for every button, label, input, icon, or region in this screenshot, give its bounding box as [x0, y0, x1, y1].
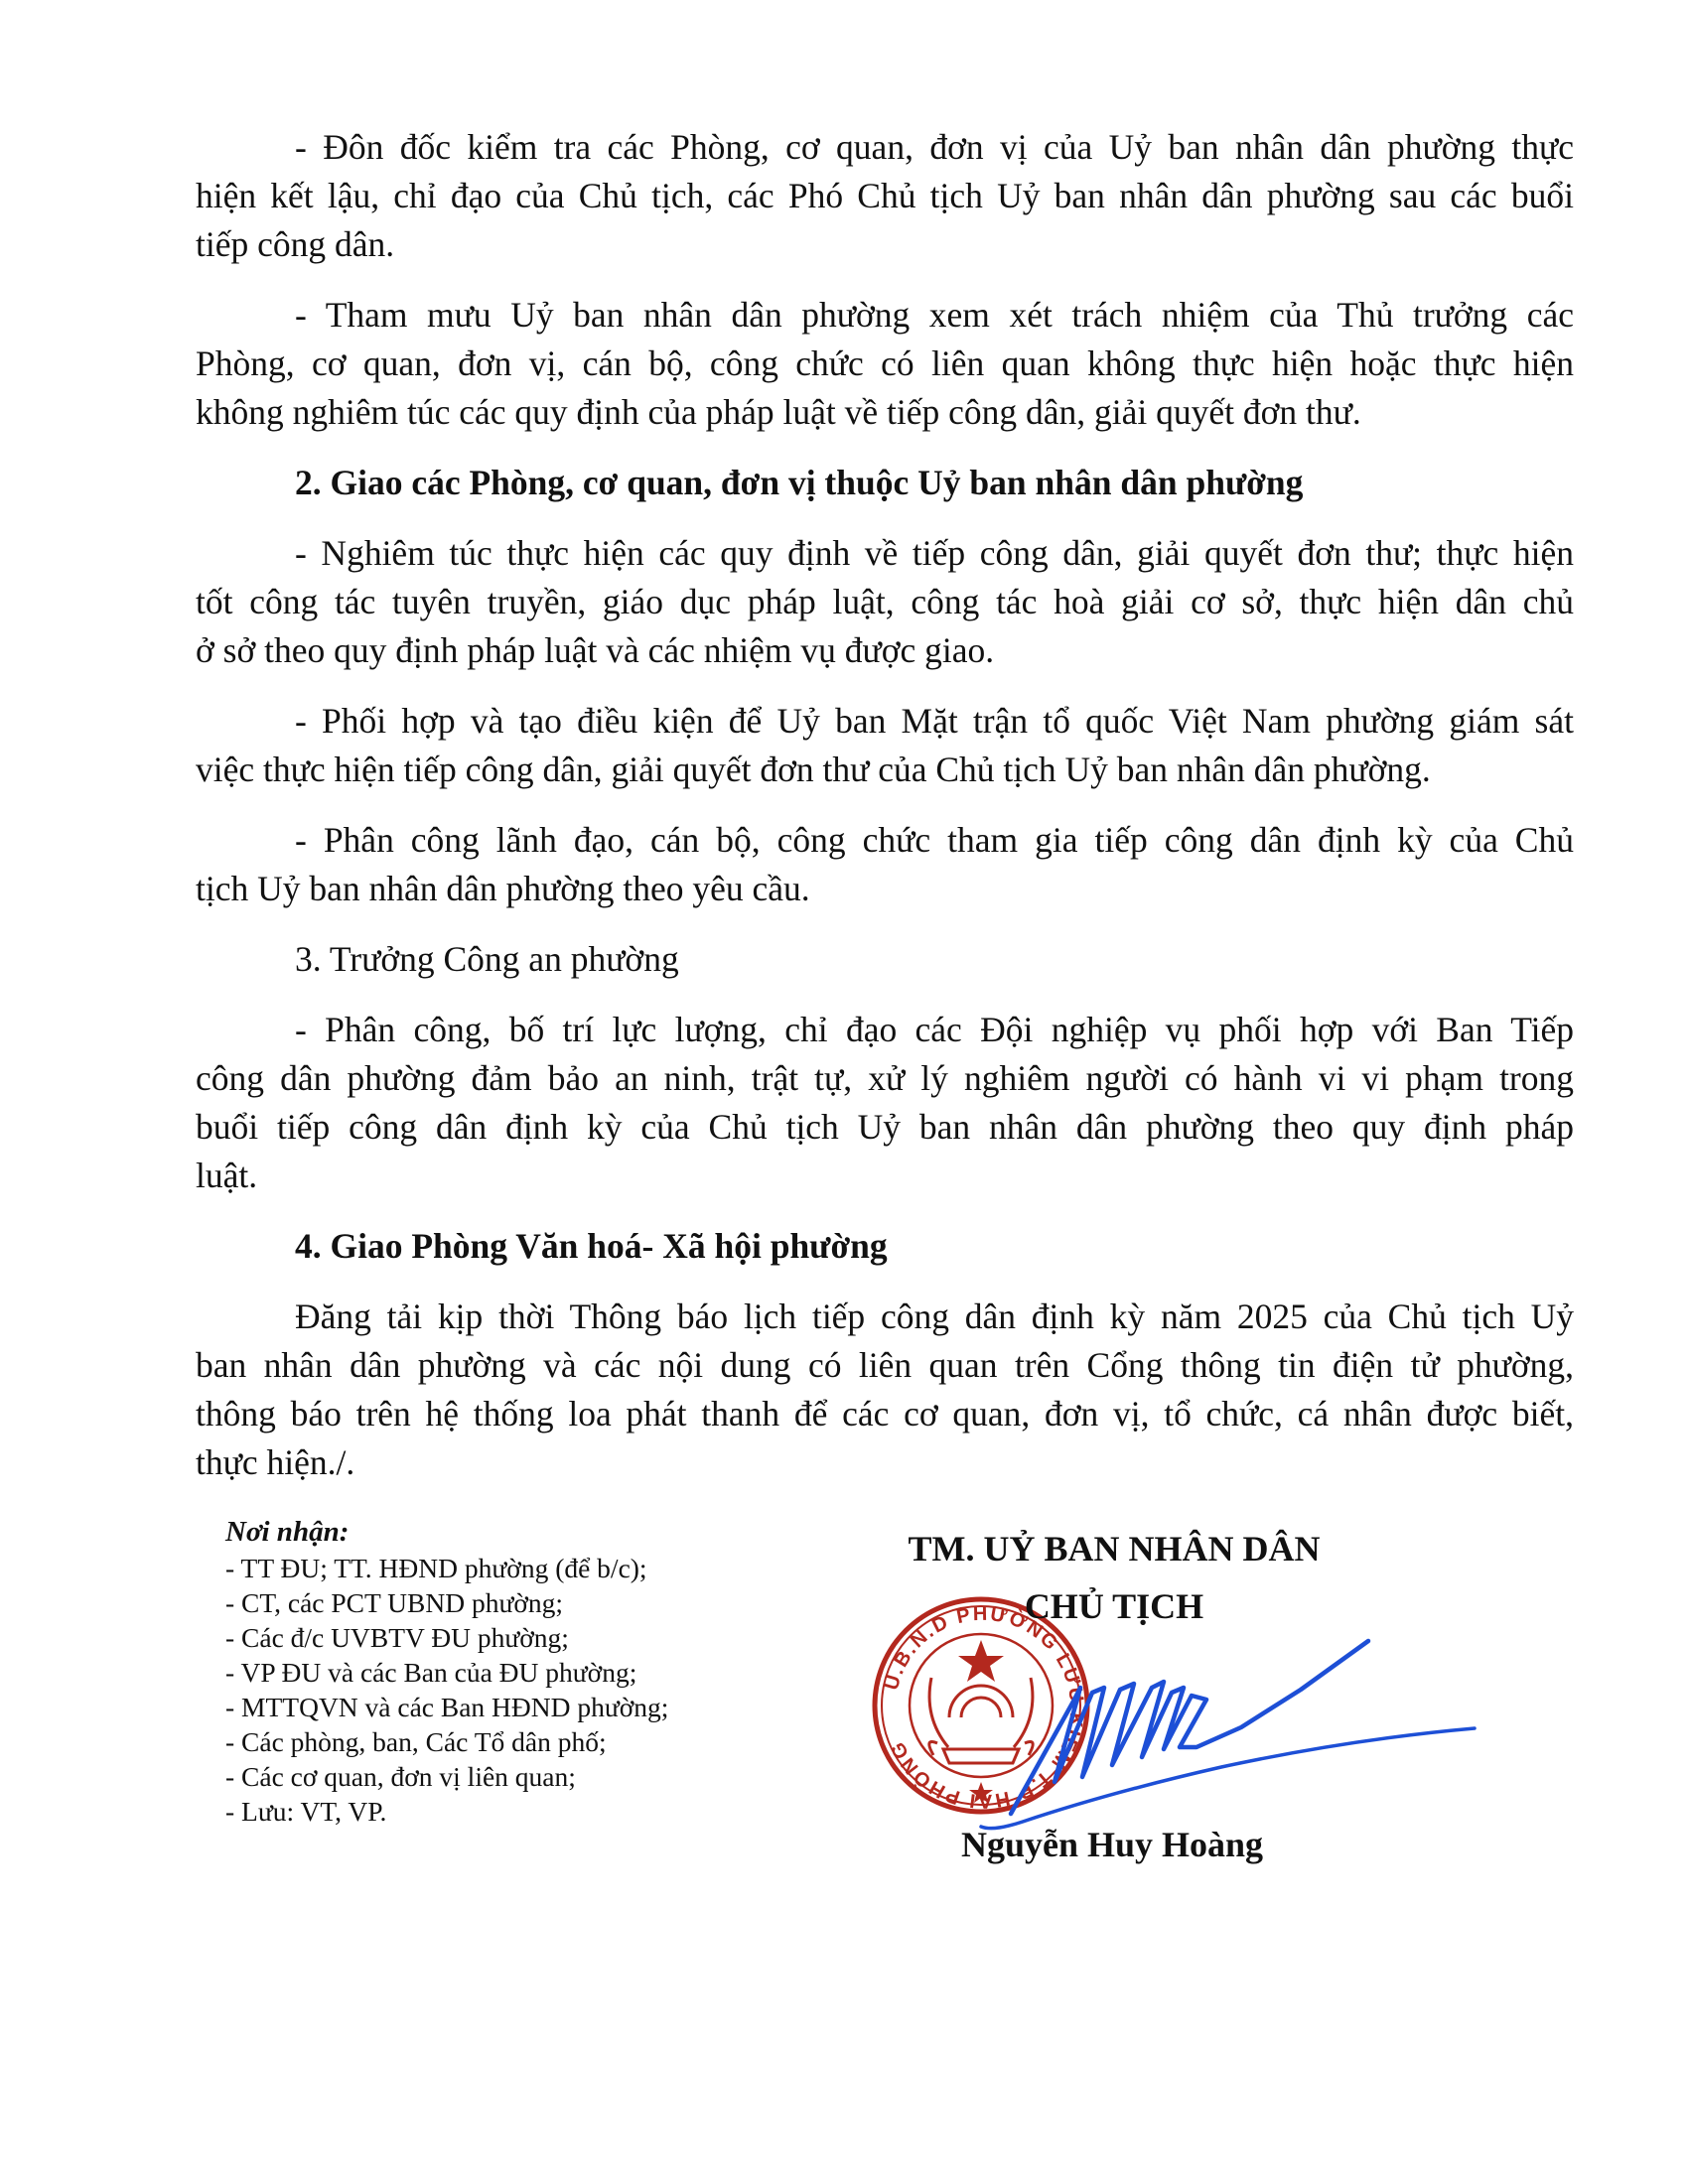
- signer-name: Nguyễn Huy Hoàng: [854, 1823, 1370, 1866]
- document-page: - Đôn đốc kiểm tra các Phòng, cơ quan, đ…: [0, 0, 1688, 2184]
- handwritten-signature-icon: [0, 0, 1688, 2184]
